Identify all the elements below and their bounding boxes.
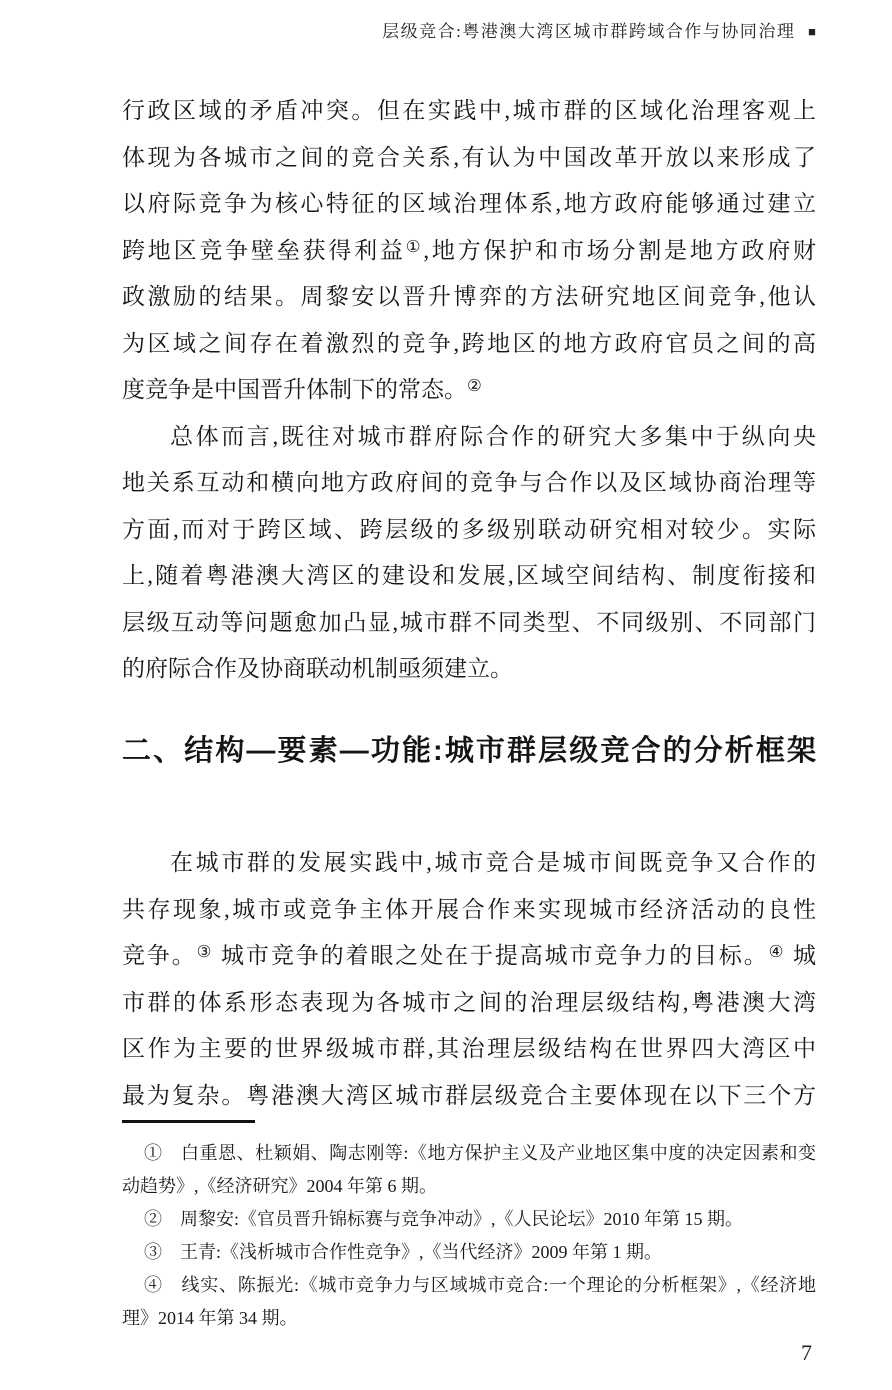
- footnote-line: ③ 王青:《浅析城市合作性竞争》,《当代经济》2009 年第 1 期。: [122, 1236, 816, 1269]
- text-line: 共存现象,城市或竞争主体开展合作来实现城市经济活动的良性: [122, 887, 816, 934]
- page-number: 7: [122, 1340, 812, 1366]
- footnote-ref: ②: [467, 376, 482, 395]
- running-head: 层级竞合:粤港澳大湾区城市群跨域合作与协同治理 ■: [122, 20, 816, 45]
- body-text-block-2: 在城市群的发展实践中,城市竞合是城市间既竞争又合作的 共存现象,城市或竞争主体开…: [122, 840, 816, 1119]
- text-line: 竞争。③ 城市竞争的着眼之处在于提高城市竞争力的目标。④ 城: [122, 933, 816, 980]
- text-line: 在城市群的发展实践中,城市竞合是城市间既竞争又合作的: [122, 840, 816, 887]
- text-line: 方面,而对于跨区域、跨层级的多级别联动研究相对较少。实际: [122, 507, 816, 554]
- body-text-block: 行政区域的矛盾冲突。但在实践中,城市群的区域化治理客观上 体现为各城市之间的竞合…: [122, 88, 816, 693]
- text-line: 地关系互动和横向地方政府间的竞争与合作以及区域协商治理等: [122, 460, 816, 507]
- text-line: 行政区域的矛盾冲突。但在实践中,城市群的区域化治理客观上: [122, 88, 816, 135]
- footnote-ref: ④: [769, 942, 786, 961]
- text-line: 市群的体系形态表现为各城市之间的治理层级结构,粤港澳大湾: [122, 980, 816, 1027]
- text-line: 政激励的结果。周黎安以晋升博弈的方法研究地区间竞争,他认: [122, 274, 816, 321]
- section-heading: 二、结构—要素—功能:城市群层级竞合的分析框架: [122, 728, 816, 774]
- footnotes-block: ① 白重恩、杜颖娟、陶志刚等:《地方保护主义及产业地区集中度的决定因素和变 动趋…: [122, 1137, 816, 1335]
- text-line: 体现为各城市之间的竞合关系,有认为中国改革开放以来形成了: [122, 135, 816, 182]
- footnote-ref: ①: [406, 237, 424, 256]
- text-line: 最为复杂。粤港澳大湾区城市群层级竞合主要体现在以下三个方: [122, 1073, 816, 1120]
- text-line: 的府际合作及协商联动机制亟须建立。: [122, 646, 816, 693]
- text-line: 上,随着粤港澳大湾区的建设和发展,区域空间结构、制度衔接和: [122, 553, 816, 600]
- text-line: 跨地区竞争壁垒获得利益①,地方保护和市场分割是地方政府财: [122, 228, 816, 275]
- footnote-ref: ③: [197, 942, 214, 961]
- footnote-line: 动趋势》,《经济研究》2004 年第 6 期。: [122, 1170, 816, 1203]
- text-line: 以府际竞争为核心特征的区域治理体系,地方政府能够通过建立: [122, 181, 816, 228]
- footnote-line: 理》2014 年第 34 期。: [122, 1302, 816, 1335]
- footnote-line: ④ 线实、陈振光:《城市竞争力与区域城市竞合:一个理论的分析框架》,《经济地: [122, 1269, 816, 1302]
- running-head-title: 层级竞合:粤港澳大湾区城市群跨域合作与协同治理: [382, 22, 795, 41]
- text-line: 为区域之间存在着激烈的竞争,跨地区的地方政府官员之间的高: [122, 321, 816, 368]
- text-line: 度竞争是中国晋升体制下的常态。②: [122, 367, 816, 414]
- book-page: 层级竞合:粤港澳大湾区城市群跨域合作与协同治理 ■ 行政区域的矛盾冲突。但在实践…: [0, 0, 892, 1390]
- footnote-line: ① 白重恩、杜颖娟、陶志刚等:《地方保护主义及产业地区集中度的决定因素和变: [122, 1137, 816, 1170]
- square-marker-icon: ■: [808, 20, 816, 44]
- footnote-separator-rule: [122, 1120, 255, 1123]
- text-line: 总体而言,既往对城市群府际合作的研究大多集中于纵向央: [122, 414, 816, 461]
- text-line: 层级互动等问题愈加凸显,城市群不同类型、不同级别、不同部门: [122, 600, 816, 647]
- text-line: 区作为主要的世界级城市群,其治理层级结构在世界四大湾区中: [122, 1026, 816, 1073]
- footnote-line: ② 周黎安:《官员晋升锦标赛与竞争冲动》,《人民论坛》2010 年第 15 期。: [122, 1203, 816, 1236]
